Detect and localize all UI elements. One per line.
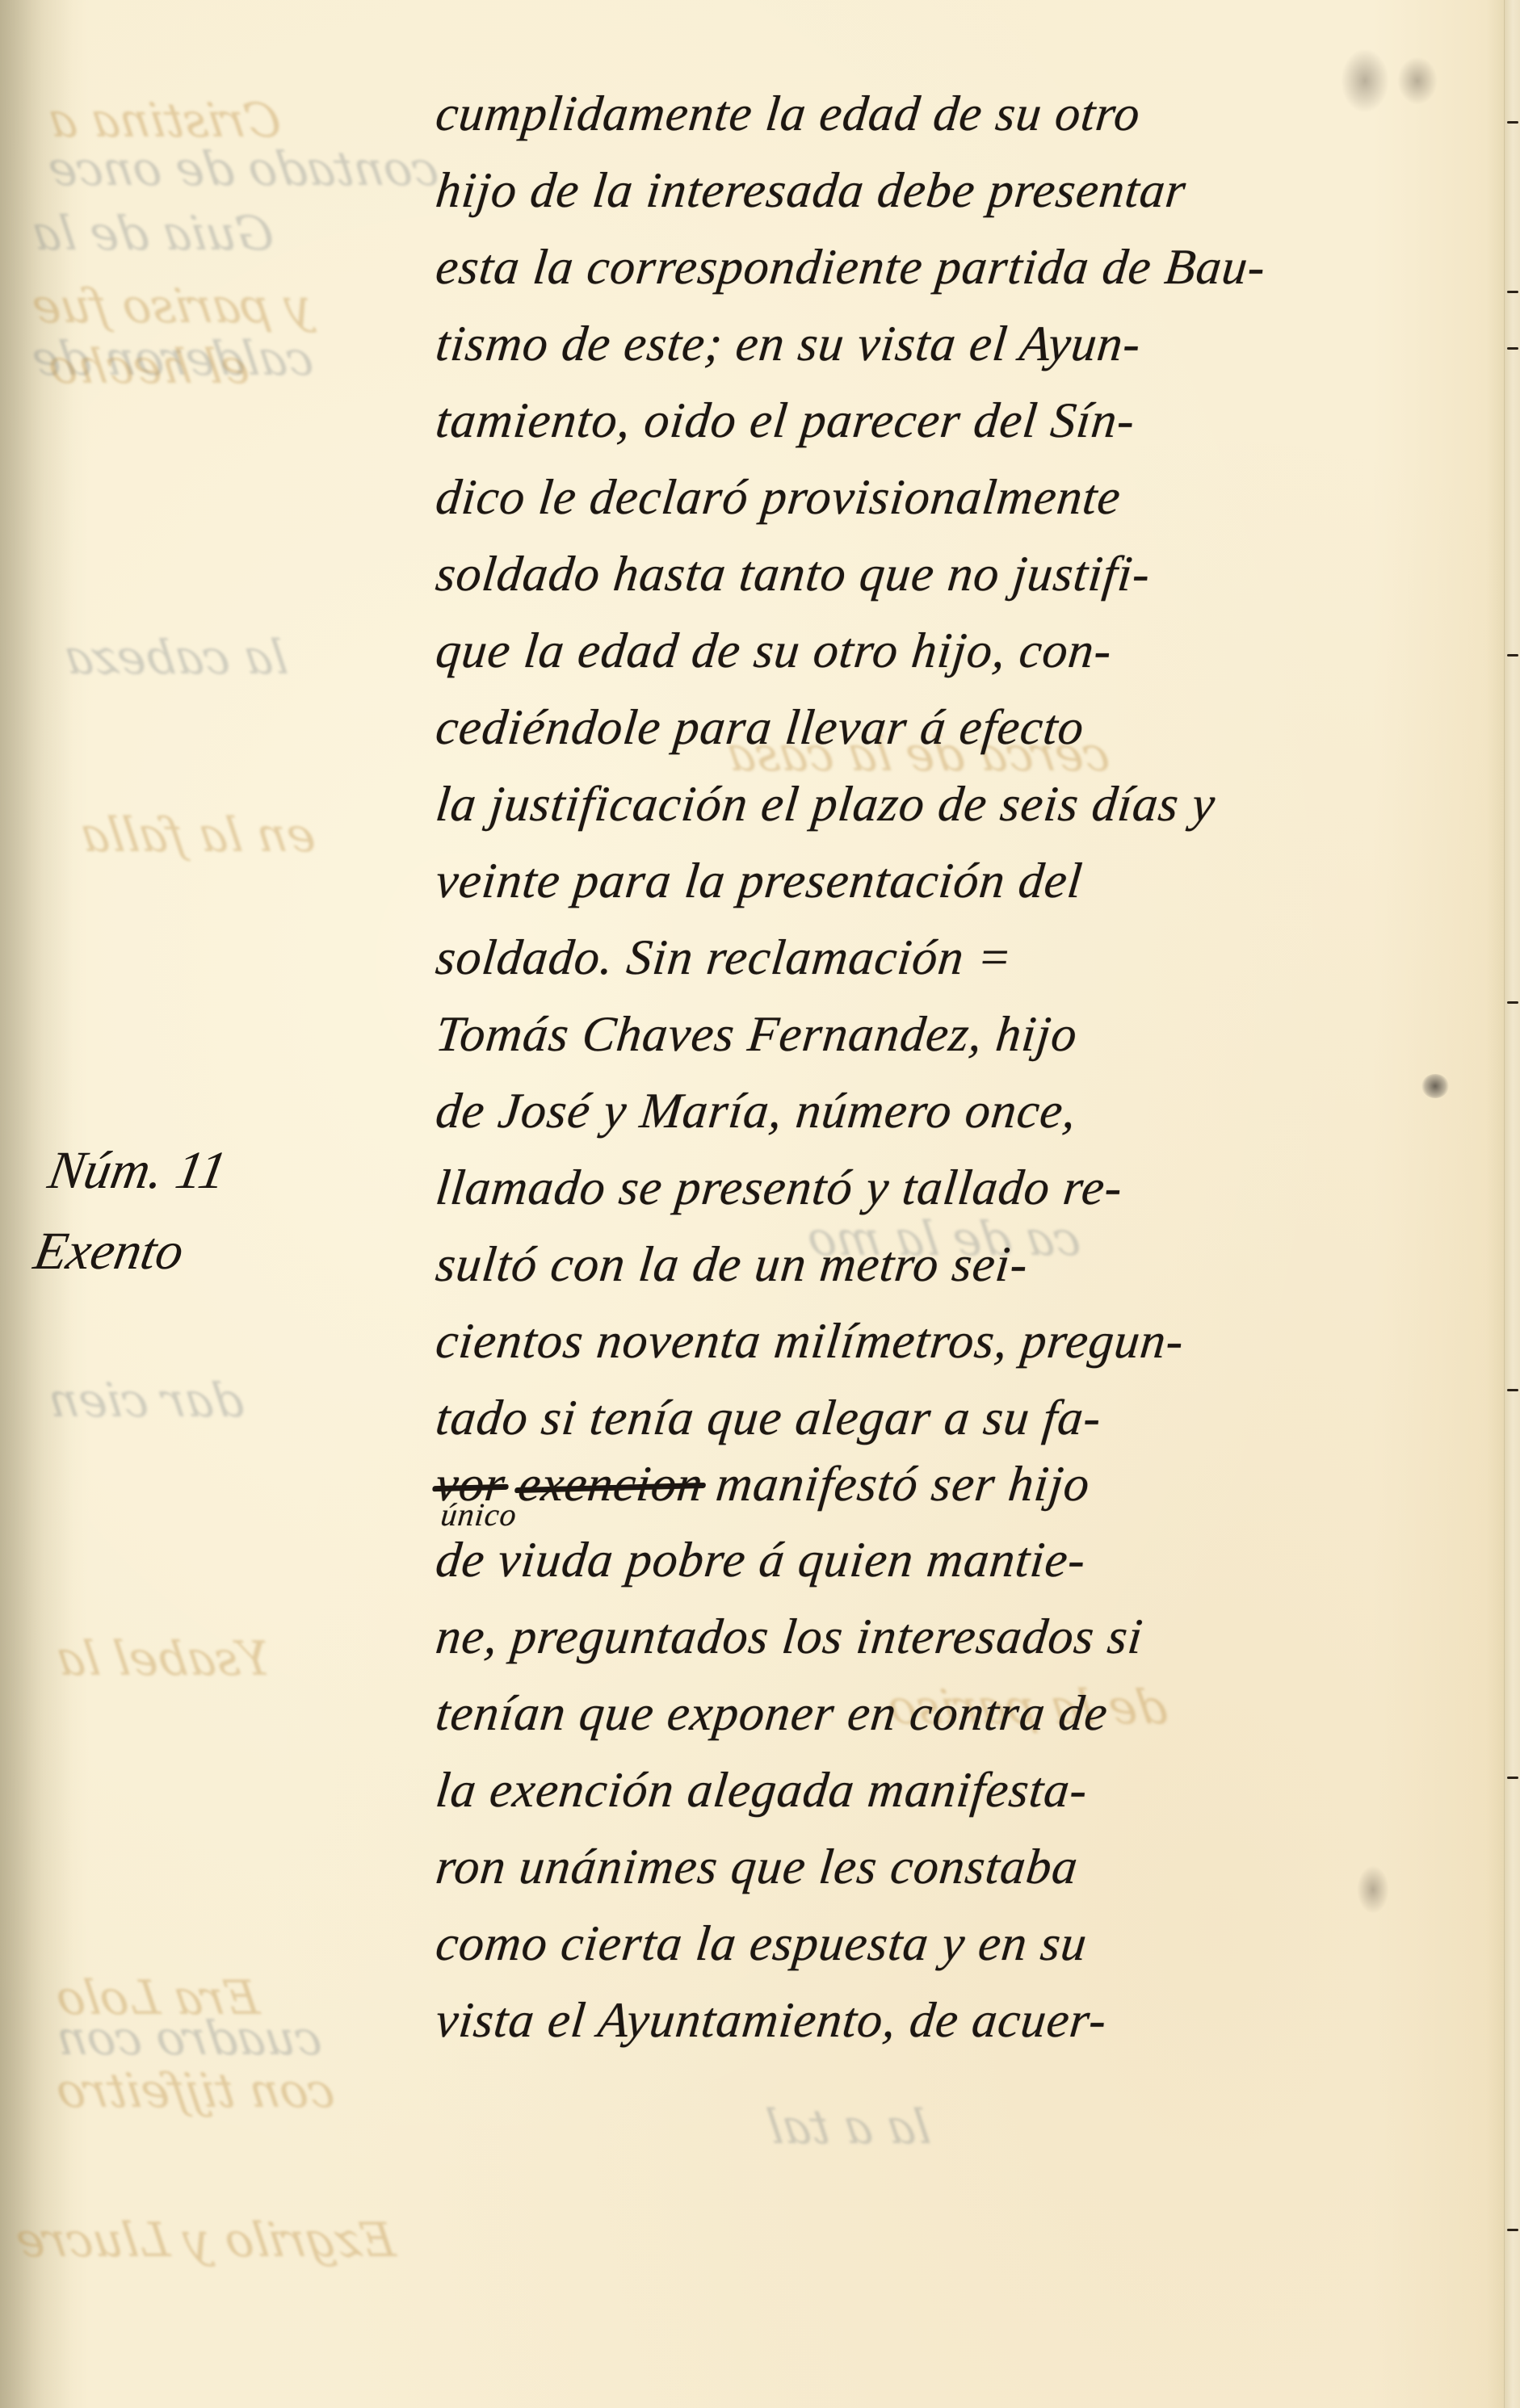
bleed-through-text: Era Lolo <box>52 1970 262 2025</box>
ink-smudge <box>1341 48 1389 113</box>
text-line: que la edad de su otro hijo, con- <box>432 614 1490 688</box>
bleed-through-text: contado de once <box>44 141 442 196</box>
text-line: cumplidamente la edad de su otro <box>432 77 1490 151</box>
text-line: como cierta la espuesta y en su <box>432 1907 1490 1981</box>
text-line: soldado. Sin reclamación = <box>432 921 1490 995</box>
text-line: Tomás Chaves Fernandez, hijo <box>432 997 1490 1072</box>
text-line: hijo de la interesada debe presentar <box>432 153 1490 228</box>
text-line: esta la correspondiente partida de Bau- <box>432 230 1490 304</box>
text-line: la exención alegada manifesta- <box>432 1753 1490 1827</box>
text-line: tamiento, oido el parecer del Sín- <box>432 384 1490 458</box>
bleed-through-text: Ysabel la <box>52 1631 274 1686</box>
adjacent-page-ink-mark <box>1507 121 1518 124</box>
text-line: veinte para la presentación del <box>432 844 1490 918</box>
ink-blot <box>1421 1074 1449 1098</box>
text-line: llamado se presentó y tallado re- <box>432 1151 1490 1225</box>
bleed-through-text: en la falla <box>77 808 318 862</box>
bleed-through-text: dar cien <box>44 1373 246 1428</box>
margin-status: Exento <box>27 1211 218 1292</box>
text-line: cediéndole para llevar á efecto <box>432 690 1490 765</box>
bleed-through-text: el hecho <box>44 339 252 394</box>
manuscript-body: cumplidamente la edad de su otro hijo de… <box>436 77 1486 2060</box>
margin-annotation: Núm. 11 Exento <box>27 1131 233 1292</box>
ink-smudge <box>1397 57 1438 105</box>
text-line: ron unánimes que les constaba <box>432 1830 1490 1904</box>
text-line: tado si tenía que alegar a su fa- <box>432 1381 1490 1455</box>
text-line: cientos noventa milímetros, pregun- <box>432 1304 1490 1378</box>
text-line: tenían que exponer en contra de <box>432 1676 1490 1751</box>
ink-smudge <box>1357 1865 1389 1914</box>
adjacent-page-ink-mark <box>1507 1001 1518 1004</box>
text-line: de viuda pobre á quien mantie- <box>432 1523 1490 1597</box>
adjacent-page-ink-mark <box>1507 347 1518 350</box>
text-line: tismo de este; en su vista el Ayun- <box>432 307 1490 381</box>
text-line: sultó con la de un metro sei- <box>432 1227 1490 1302</box>
text-line: ne, preguntados los interesados si <box>432 1600 1490 1674</box>
adjacent-page-ink-mark <box>1507 1389 1518 1391</box>
manuscript-page: Cristina a contado de once Guia de la y … <box>0 0 1520 2408</box>
adjacent-page-ink-mark <box>1507 654 1518 657</box>
adjacent-page-ink-mark <box>1507 2229 1518 2231</box>
adjacent-page-edge <box>1504 0 1520 2408</box>
text-line: la justificación el plazo de seis días y <box>432 767 1490 841</box>
adjacent-page-ink-mark <box>1507 291 1518 293</box>
text-line: vista el Ayuntamiento, de acuer- <box>432 1983 1490 2058</box>
text-line: de José y María, número once, <box>432 1074 1490 1148</box>
text-line: dico le declaró provisionalmente <box>432 460 1490 535</box>
text-line: soldado hasta tanto que no justifi- <box>432 537 1490 611</box>
bleed-through-text: Cristina a <box>44 93 284 148</box>
bleed-through-text: cuadro con <box>52 2011 325 2066</box>
adjacent-page-ink-mark <box>1507 1777 1518 1779</box>
bleed-through-text: la a tal <box>763 2100 934 2154</box>
bleed-through-text: la cabeza <box>61 630 291 685</box>
margin-number: Núm. 11 <box>42 1131 233 1211</box>
bleed-through-text: con tijfeitro <box>52 2063 338 2118</box>
